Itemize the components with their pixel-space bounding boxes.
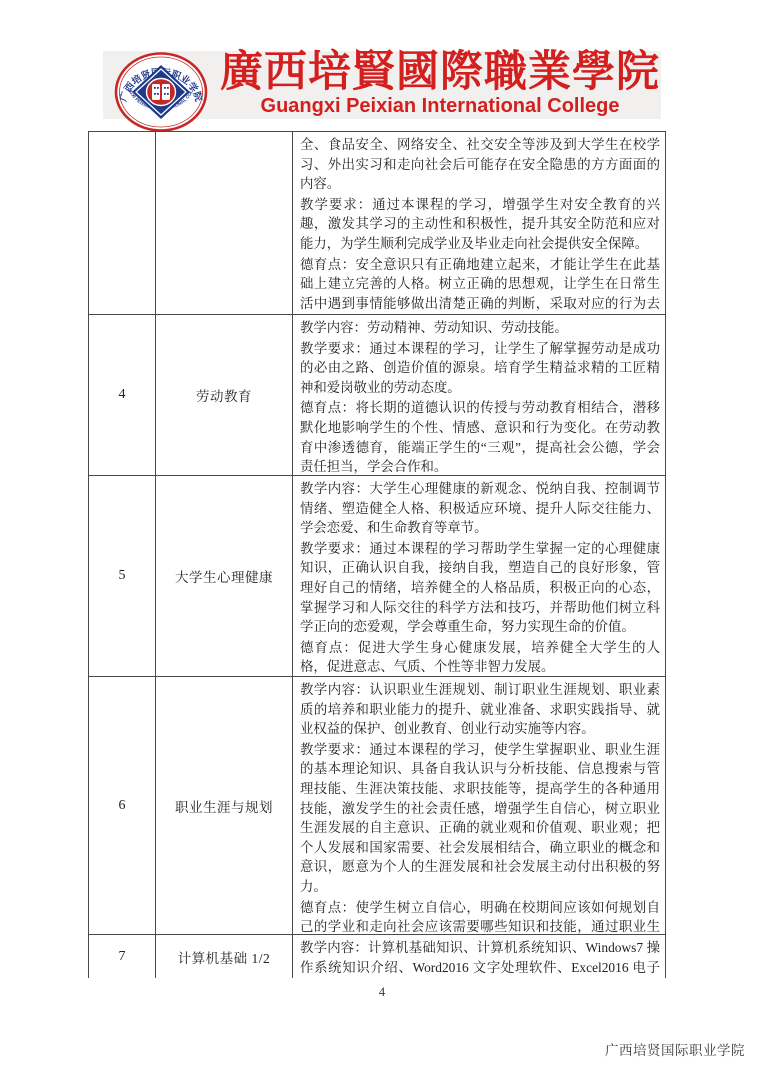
course-table: 全、食品安全、网络安全、社交安全等涉及到大学生在校学习、外出实习和走向社会后可能… [88,131,666,978]
desc-paragraph: 德育点：将长期的道德认识的传授与劳动教育相结合，潜移默化地影响学生的个性、情感、… [300,398,660,475]
college-title-english: Guangxi Peixian International College [215,95,665,117]
course-name-cell [156,132,293,314]
desc-paragraph: 教学内容：计算机基础知识、计算机系统知识、Windows7 操作系统知识介绍、W… [300,938,660,978]
desc-paragraph: 德育点：促进大学生身心健康发展，培养健全大学生的人格，促进意志、气质、个性等非智… [300,638,660,676]
table-row-computer-basics: 7 计算机基础 1/2 教学内容：计算机基础知识、计算机系统知识、Windows… [89,935,665,978]
desc-paragraph: 教学要求：通过本课程的学习，增强学生对安全教育的兴趣，激发其学习的主动性和积极性… [300,195,660,254]
desc-paragraph: 德育点：安全意识只有正确地建立起来，才能让学生在此基础上建立完善的人格。树立正确… [300,255,660,314]
desc-paragraph: 德育点：使学生树立自信心，明确在校期间应该如何规划自己的学业和走向社会应该需要哪… [300,898,660,934]
course-name-cell: 大学生心理健康 [156,476,293,676]
college-title-chinese: 廣西培賢國際職業學院 [215,50,665,96]
course-desc-cell: 教学内容：认识职业生涯规划、制订职业生涯规划、职业素质的培养和职业能力的提升、就… [293,677,665,934]
desc-paragraph: 教学要求：通过本课程的学习，使学生掌握职业、职业生涯的基本理论知识、具备自我认识… [300,740,660,897]
document-page: 广西培贤国际职业学院 GUANGXI PEIXIAN INTERNATIONAL… [0,0,764,1080]
course-number-cell: 6 [89,677,156,934]
desc-paragraph: 教学要求：通过本课程的学习帮助学生掌握一定的心理健康知识，正确认识自我，接纳自我… [300,539,660,637]
course-desc-cell: 教学内容：计算机基础知识、计算机系统知识、Windows7 操作系统知识介绍、W… [293,935,665,978]
course-name-cell: 计算机基础 1/2 [156,935,293,978]
table-row-labor-education: 4 劳动教育 教学内容：劳动精神、劳动知识、劳动技能。 教学要求：通过本课程的学… [89,315,665,476]
desc-paragraph: 全、食品安全、网络安全、社交安全等涉及到大学生在校学习、外出实习和走向社会后可能… [300,135,660,194]
desc-paragraph: 教学内容：大学生心理健康的新观念、悦纳自我、控制调节情绪、塑造健全人格、积极适应… [300,479,660,538]
desc-paragraph: 教学内容：劳动精神、劳动知识、劳动技能。 [300,318,660,338]
logo-book-icon [147,79,176,106]
table-row-mental-health: 5 大学生心理健康 教学内容：大学生心理健康的新观念、悦纳自我、控制调节情绪、塑… [89,476,665,677]
college-logo: 广西培贤国际职业学院 GUANGXI PEIXIAN INTERNATIONAL… [114,52,208,132]
course-number-cell [89,132,156,314]
course-number-cell: 7 [89,935,156,978]
footer-watermark: 广西培贤国际职业学院 [605,1039,745,1059]
course-desc-cell: 教学内容：劳动精神、劳动知识、劳动技能。 教学要求：通过本课程的学习，让学生了解… [293,315,665,475]
course-number-cell: 5 [89,476,156,676]
desc-paragraph: 教学要求：通过本课程的学习，让学生了解掌握劳动是成功的必由之路、创造价值的源泉。… [300,339,660,398]
course-number-cell: 4 [89,315,156,475]
course-desc-cell: 全、食品安全、网络安全、社交安全等涉及到大学生在校学习、外出实习和走向社会后可能… [293,132,665,314]
course-name-cell: 职业生涯与规划 [156,677,293,934]
table-row-career-planning: 6 职业生涯与规划 教学内容：认识职业生涯规划、制订职业生涯规划、职业素质的培养… [89,677,665,935]
course-desc-cell: 教学内容：大学生心理健康的新观念、悦纳自我、控制调节情绪、塑造健全人格、积极适应… [293,476,665,676]
table-row-continuation: 全、食品安全、网络安全、社交安全等涉及到大学生在校学习、外出实习和走向社会后可能… [89,132,665,315]
desc-paragraph: 教学内容：认识职业生涯规划、制订职业生涯规划、职业素质的培养和职业能力的提升、就… [300,680,660,739]
page-number: 4 [0,985,764,1000]
course-name-cell: 劳动教育 [156,315,293,475]
